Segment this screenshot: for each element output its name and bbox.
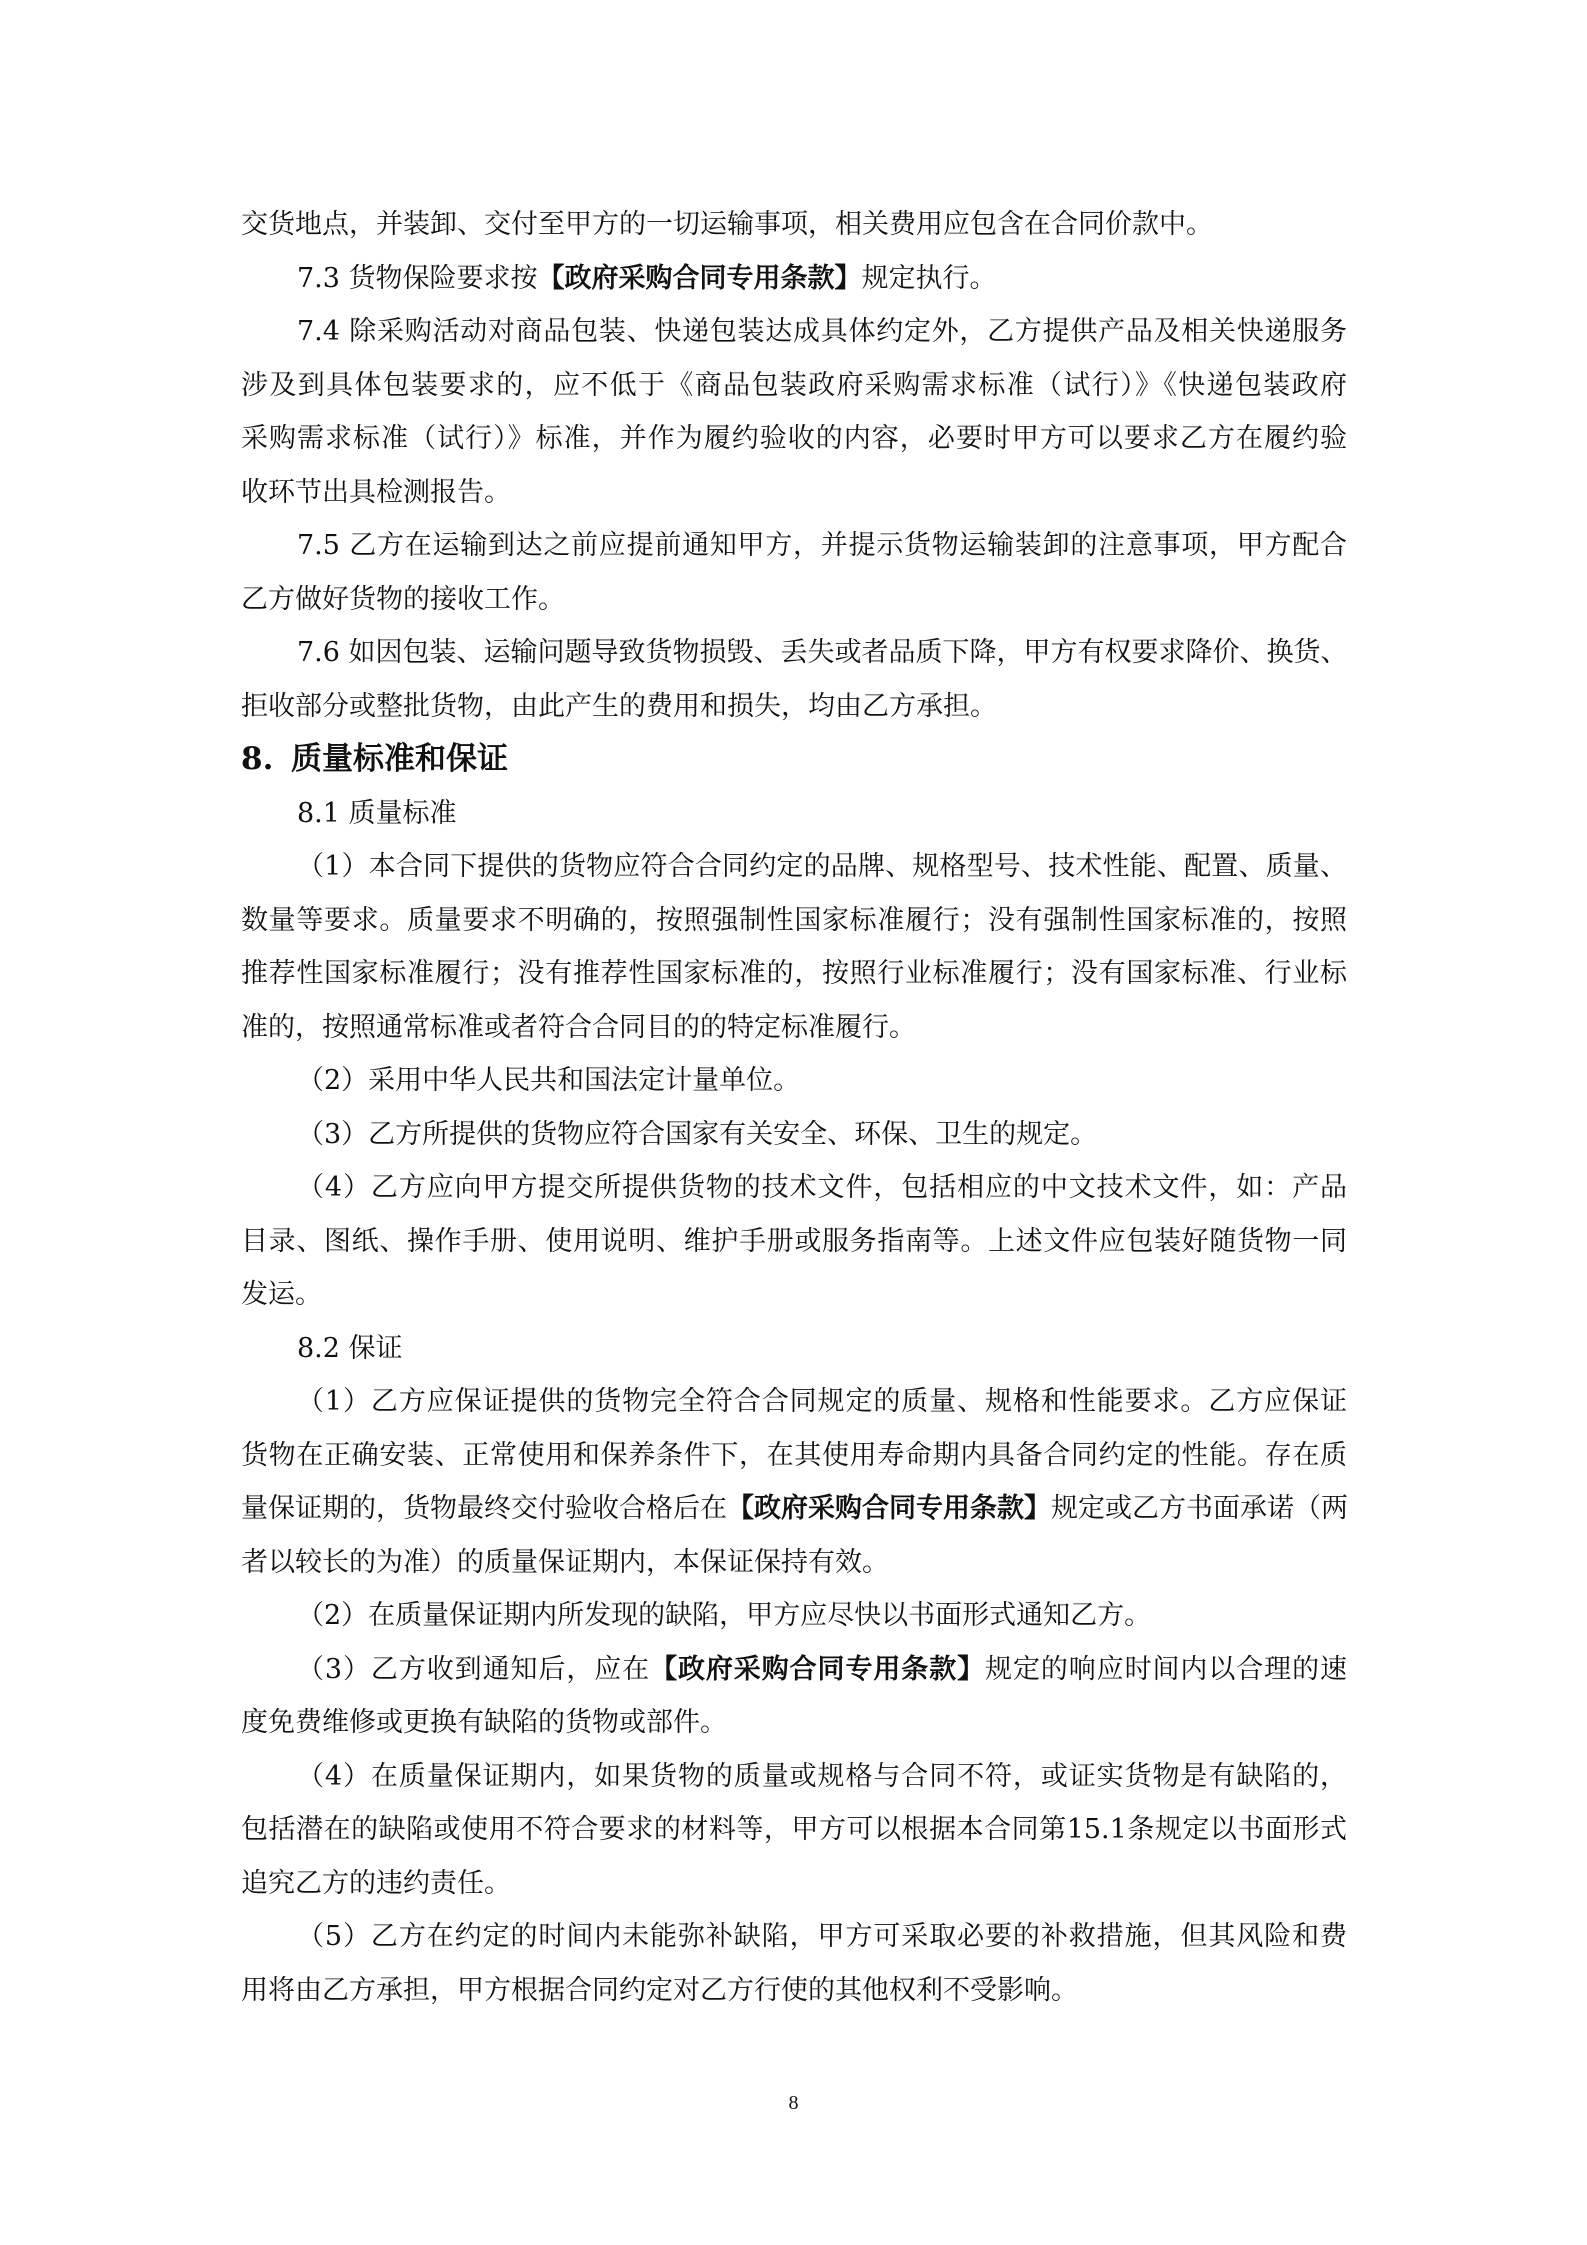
clause-8-2-2: （2）在质量保证期内所发现的缺陷，甲方应尽快以书面形式通知乙方。 [241,1589,1347,1643]
clause-8-2-5-line: 用将由乙方承担，甲方根据合同约定对乙方行使的其他权利不受影响。 [241,1964,1347,2018]
clause-8-1-4-line: 目录、图纸、操作手册、使用说明、维护手册或服务指南等。上述文件应包装好随货物一同 [241,1215,1347,1269]
section-number: 8. [241,733,291,787]
clause-8-2-1-line: 货物在正确安装、正常使用和保养条件下，在其使用寿命期内具备合同约定的性能。存在质 [241,1429,1347,1483]
document-page: 交货地点，并装卸、交付至甲方的一切运输事项，相关费用应包含在合同价款中。 7.3… [241,198,1347,2017]
special-terms-reference: 【政府采购合同专用条款】 [538,263,862,294]
clause-7-3: 7.3 货物保险要求按【政府采购合同专用条款】规定执行。 [241,252,1347,306]
page-number: 8 [0,2092,1587,2115]
clause-text: 规定执行。 [862,263,997,294]
clause-8-2-1-line: （1）乙方应保证提供的货物完全符合合同规定的质量、规格和性能要求。乙方应保证 [241,1375,1347,1429]
clause-text: （3）乙方收到通知后，应在 [297,1654,650,1685]
clause-8-2-1-line: 者以较长的为准）的质量保证期内，本保证保持有效。 [241,1536,1347,1590]
special-terms-reference: 【政府采购合同专用条款】 [650,1654,985,1685]
clause-8-2-4-line: 包括潜在的缺陷或使用不符合要求的材料等，甲方可以根据本合同第15.1条规定以书面… [241,1803,1347,1857]
clause-7-4-line: 涉及到具体包装要求的，应不低于《商品包装政府采购需求标准（试行）》《快递包装政府 [241,359,1347,413]
clause-8-1-1-line: 准的，按照通常标准或者符合合同目的的特定标准履行。 [241,1001,1347,1055]
clause-8-1-4-line: 发运。 [241,1268,1347,1322]
special-terms-reference: 【政府采购合同专用条款】 [727,1493,1051,1524]
clause-7-4-line: 7.4 除采购活动对商品包装、快递包装达成具体约定外，乙方提供产品及相关快递服务 [241,305,1347,359]
clause-8-1-1-line: 数量等要求。质量要求不明确的，按照强制性国家标准履行；没有强制性国家标准的，按照 [241,894,1347,948]
clause-8-1-1-line: 推荐性国家标准履行；没有推荐性国家标准的，按照行业标准履行；没有国家标准、行业标 [241,947,1347,1001]
clause-8-1-1-line: （1）本合同下提供的货物应符合合同约定的品牌、规格型号、技术性能、配置、质量、 [241,840,1347,894]
clause-text: 规定的响应时间内以合理的速 [985,1654,1347,1685]
section-heading: 8.质量标准和保证 [241,733,1347,787]
clause-8-2-3-line: （3）乙方收到通知后，应在【政府采购合同专用条款】规定的响应时间内以合理的速 [241,1643,1347,1697]
clause-8-1-2: （2）采用中华人民共和国法定计量单位。 [241,1054,1347,1108]
subsection-heading-8-1: 8.1 质量标准 [241,787,1347,841]
clause-8-2-5-line: （5）乙方在约定的时间内未能弥补缺陷，甲方可采取必要的补救措施，但其风险和费 [241,1910,1347,1964]
clause-8-2-1-line: 量保证期的，货物最终交付验收合格后在【政府采购合同专用条款】规定或乙方书面承诺（… [241,1482,1347,1536]
clause-7-6-line: 拒收部分或整批货物，由此产生的费用和损失，均由乙方承担。 [241,680,1347,734]
clause-text: 7.3 货物保险要求按 [297,263,538,294]
clause-7-4-line: 采购需求标准（试行）》标准，并作为履约验收的内容，必要时甲方可以要求乙方在履约验 [241,412,1347,466]
clause-8-1-4-line: （4）乙方应向甲方提交所提供货物的技术文件，包括相应的中文技术文件，如：产品 [241,1161,1347,1215]
clause-text: 规定或乙方书面承诺（两 [1051,1493,1348,1524]
clause-7-5-line: 乙方做好货物的接收工作。 [241,573,1347,627]
clause-7-6-line: 7.6 如因包装、运输问题导致货物损毁、丢失或者品质下降，甲方有权要求降价、换货… [241,626,1347,680]
clause-8-1-3: （3）乙方所提供的货物应符合国家有关安全、环保、卫生的规定。 [241,1108,1347,1162]
subsection-heading-8-2: 8.2 保证 [241,1322,1347,1376]
clause-8-2-4-line: 追究乙方的违约责任。 [241,1857,1347,1911]
paragraph-line: 交货地点，并装卸、交付至甲方的一切运输事项，相关费用应包含在合同价款中。 [241,198,1347,252]
clause-7-5-line: 7.5 乙方在运输到达之前应提前通知甲方，并提示货物运输装卸的注意事项，甲方配合 [241,519,1347,573]
clause-7-4-line: 收环节出具检测报告。 [241,466,1347,520]
clause-8-2-3-line: 度免费维修或更换有缺陷的货物或部件。 [241,1696,1347,1750]
section-title: 质量标准和保证 [291,741,508,777]
clause-8-2-4-line: （4）在质量保证期内，如果货物的质量或规格与合同不符，或证实货物是有缺陷的， [241,1750,1347,1804]
clause-text: 量保证期的，货物最终交付验收合格后在 [241,1493,727,1524]
